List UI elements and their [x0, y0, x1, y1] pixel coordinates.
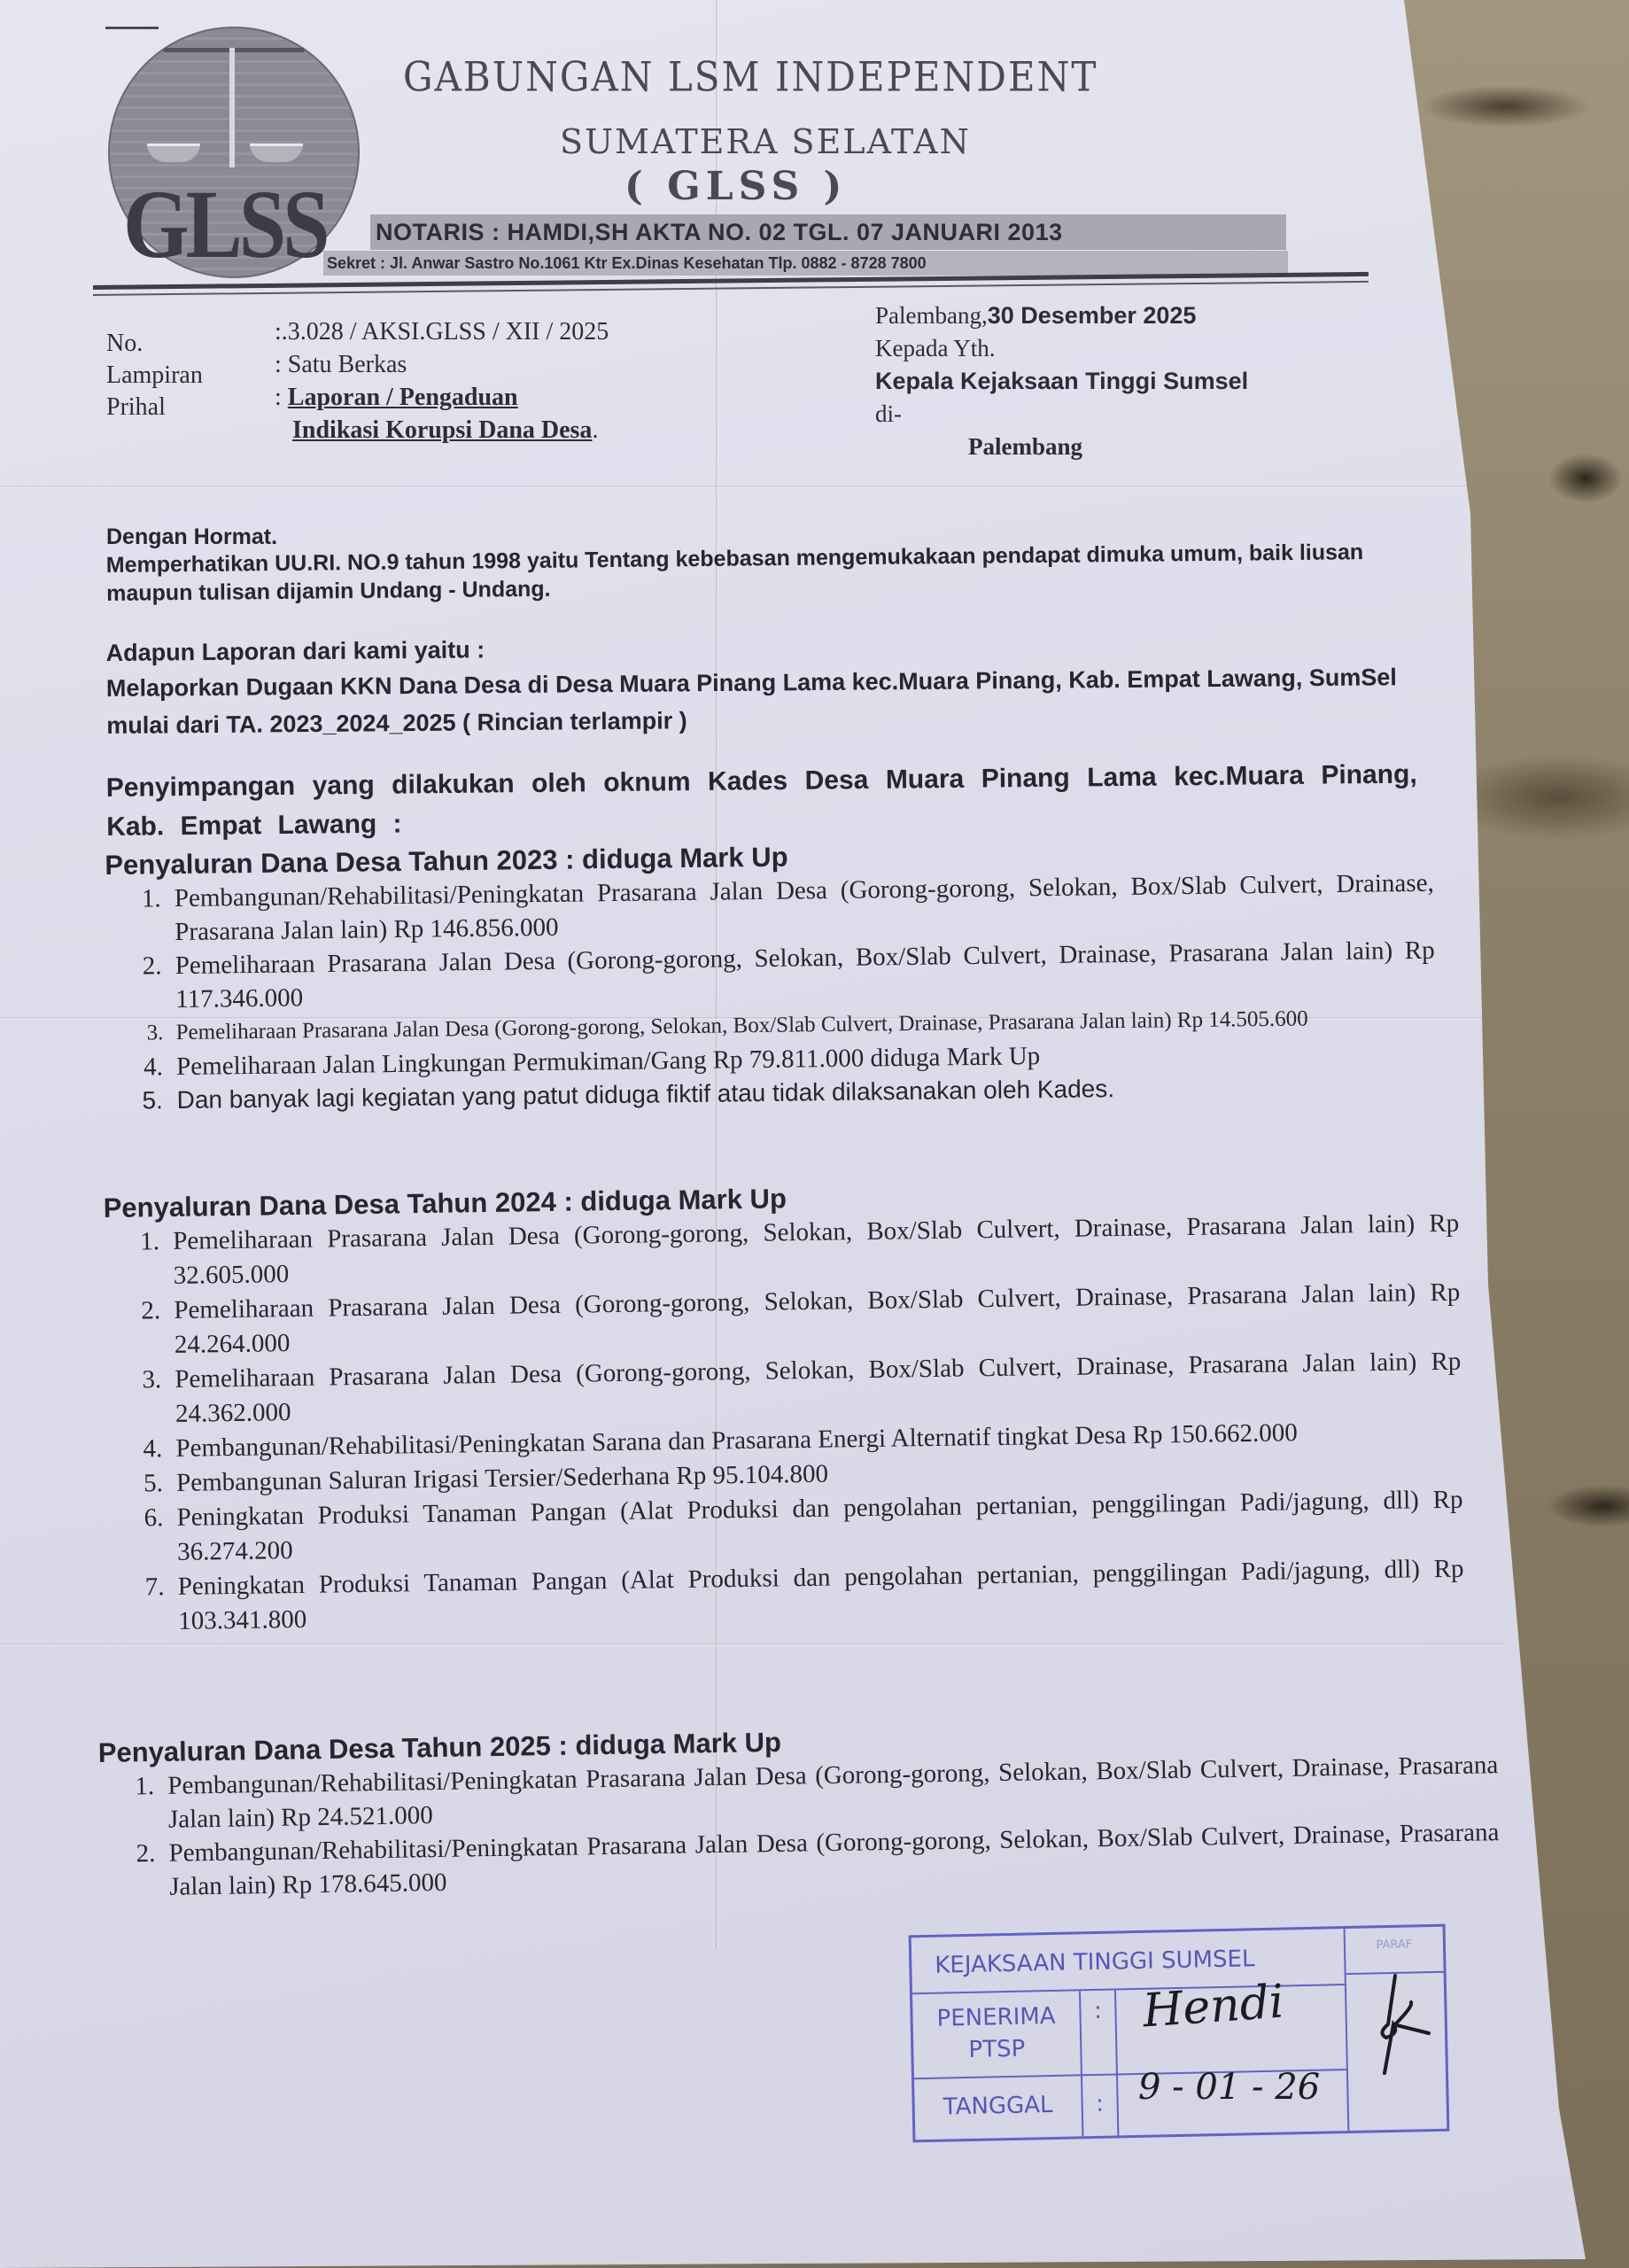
no-label: No.: [106, 328, 203, 360]
prihal-value-2: Indikasi Korupsi Dana Desa.: [275, 414, 609, 447]
prihal-line1: Laporan / Pengaduan: [288, 384, 518, 411]
letter-date: 30 Desember 2025: [988, 302, 1197, 329]
section-2023: Penyaluran Dana Desa Tahun 2023 : diduga…: [105, 833, 1437, 1118]
deviation-heading: Penyimpangan yang dilakukan oleh oknum K…: [106, 756, 1418, 847]
no-value: :.3.028 / AKSI.GLSS / XII / 2025: [275, 315, 609, 348]
org-abbrev: ( GLSS ): [624, 164, 847, 209]
stamp-date-label: TANGGAL: [914, 2076, 1083, 2140]
scale-pan-left: [147, 144, 200, 162]
glss-logo: GLSS: [108, 27, 360, 278]
stamp-colon: :: [1082, 2075, 1119, 2136]
place-date: Palembang,30 Desember 2025: [875, 299, 1248, 332]
notaris-line: NOTARIS : HAMDI,SH AKTA NO. 02 TGL. 07 J…: [370, 214, 1286, 250]
stamp-paraf-label: PARAF: [1346, 1927, 1444, 1975]
scale-pan-right: [250, 144, 303, 162]
scales-pole: [229, 48, 235, 167]
stamp-receiver-label: PENERIMA PTSP: [912, 1991, 1082, 2079]
section-2024: Penyaluran Dana Desa Tahun 2024 : diduga…: [103, 1173, 1464, 1640]
handwritten-receiver-name: Hendi: [1141, 1976, 1285, 2039]
logo-text: GLSS: [123, 167, 326, 281]
org-name-line2: SUMATERA SELATAN: [560, 122, 971, 161]
kepada: Kepada Yth.: [875, 332, 1248, 365]
prihal-value: : Laporan / Pengaduan: [275, 381, 609, 414]
logo-dash: [105, 27, 159, 29]
signature-initial-icon: [1369, 1971, 1431, 2078]
receiver-label-line1: PENERIMA: [912, 2000, 1080, 2035]
horizontal-fold-crease: [0, 485, 1506, 488]
place: Palembang,: [875, 302, 988, 329]
letter-meta-values: :.3.028 / AKSI.GLSS / XII / 2025 : Satu …: [275, 315, 609, 447]
report-block: Adapun Laporan dari kami yaitu : Melapor…: [105, 625, 1408, 744]
report-text: Melaporkan Dugaan KKN Dana Desa di Desa …: [106, 658, 1409, 744]
item-list-2023: Pembangunan/Rehabilitasi/Peningkatan Pra…: [105, 866, 1437, 1118]
di: di-: [875, 398, 1248, 431]
recipient-block: Palembang,30 Desember 2025 Kepada Yth. K…: [875, 299, 1248, 463]
recipient-city: Palembang: [875, 431, 1248, 463]
section-2025: Penyaluran Dana Desa Tahun 2025 : diduga…: [98, 1714, 1501, 1905]
org-name-line1: GABUNGAN LSM INDEPENDENT: [403, 53, 1098, 101]
item-list-2024: Pemeliharaan Prasarana Jalan Desa (Goron…: [104, 1207, 1464, 1640]
secretariat-address: Sekret : Jl. Anwar Sastro No.1061 Ktr Ex…: [323, 251, 1288, 276]
lampiran-label: Lampiran: [106, 360, 203, 392]
prihal-line2: Indikasi Korupsi Dana Desa: [292, 416, 592, 444]
stamp-colon: :: [1081, 1990, 1118, 2076]
receiver-label-line2: PTSP: [913, 2031, 1081, 2067]
prihal-label: Prihal: [106, 392, 203, 423]
letter-meta-labels: No. Lampiran Prihal: [106, 328, 203, 423]
item-list-2025: Pembangunan/Rehabilitasi/Peningkatan Pra…: [98, 1748, 1500, 1905]
horizontal-fold-crease: [0, 1643, 1506, 1646]
letter-intro: Dengan Hormat. Memperhatikan UU.RI. NO.9…: [106, 523, 1417, 608]
letter-paper: GLSS GABUNGAN LSM INDEPENDENT SUMATERA S…: [0, 0, 1629, 2268]
deviation-block: Penyimpangan yang dilakukan oleh oknum K…: [106, 756, 1418, 847]
addressee: Kepala Kejaksaan Tinggi Sumsel: [875, 365, 1248, 398]
lampiran-value: : Satu Berkas: [275, 348, 609, 381]
handwritten-date: 9 - 01 - 26: [1138, 2067, 1320, 2108]
